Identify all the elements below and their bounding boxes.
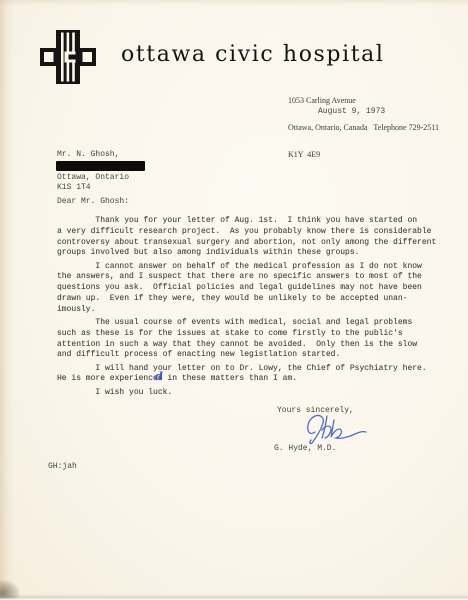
body-line: drawn up. Even if they were, they would …	[57, 294, 436, 305]
body-line: and difficult process of enacting new le…	[57, 350, 436, 361]
body-line: the answers, and I suspect that there ar…	[57, 272, 436, 283]
body-paragraph: The usual course of events with medical,…	[57, 318, 436, 361]
body-line: attention in such a way that they cannot…	[57, 340, 436, 351]
body-paragraph: I wish you luck.	[57, 388, 436, 399]
hospital-address-block: 1053 Carling Avenue Ottawa, Ontario, Can…	[288, 78, 439, 177]
body-line: a very difficult research project. As yo…	[57, 227, 436, 238]
body-line: I cannot answer on behalf of the medical…	[57, 262, 436, 273]
body-paragraph: I will hand your letter on to Dr. Lowy, …	[57, 364, 436, 386]
body-line: I wish you luck.	[57, 388, 436, 399]
recipient-city: Ottawa, Ontario	[57, 173, 129, 182]
salutation: Dear Mr. Ghosh:	[57, 197, 129, 206]
body-line: groups involved but also among individua…	[57, 248, 436, 259]
reference-initials: GH:jah	[48, 462, 77, 471]
body-line: He is more experienced in these matters …	[57, 374, 436, 385]
body-line: questions you ask. Official policies and…	[57, 283, 436, 294]
signer-name: G. Hyde, M.D.	[274, 444, 336, 453]
address-line: K1Y 4E9	[288, 150, 439, 159]
body-line: controversy about transexual surgery and…	[57, 238, 436, 249]
recipient-postal-code: K1S 1T4	[57, 183, 91, 192]
body-paragraph: Thank you for your letter of Aug. 1st. I…	[57, 216, 436, 259]
body-paragraph: I cannot answer on behalf of the medical…	[57, 262, 436, 316]
body-line: imously.	[57, 305, 436, 316]
body-line: Thank you for your letter of Aug. 1st. I…	[57, 216, 436, 227]
redaction-bar	[56, 161, 145, 171]
body-line: The usual course of events with medical,…	[57, 318, 436, 329]
handwritten-correction-d: d	[155, 370, 163, 383]
address-line: Ottawa, Ontario, Canada Telephone 729-25…	[288, 123, 439, 132]
body-line: I will hand your letter on to Dr. Lowy, …	[57, 364, 436, 375]
address-line: 1053 Carling Avenue	[288, 96, 439, 105]
hospital-cross-logo-icon	[40, 30, 96, 84]
hospital-name-title: ottawa civic hospital	[121, 42, 385, 67]
letter-date: August 9, 1973	[318, 107, 385, 116]
letter-body: Thank you for your letter of Aug. 1st. I…	[57, 216, 436, 401]
body-line: such as these is for the issues at stake…	[57, 329, 436, 340]
scanned-letter-page: ottawa civic hospital 1053 Carling Avenu…	[0, 0, 468, 600]
recipient-name: Mr. N. Ghosh,	[57, 150, 119, 159]
paper-bottom-edge	[0, 594, 468, 600]
